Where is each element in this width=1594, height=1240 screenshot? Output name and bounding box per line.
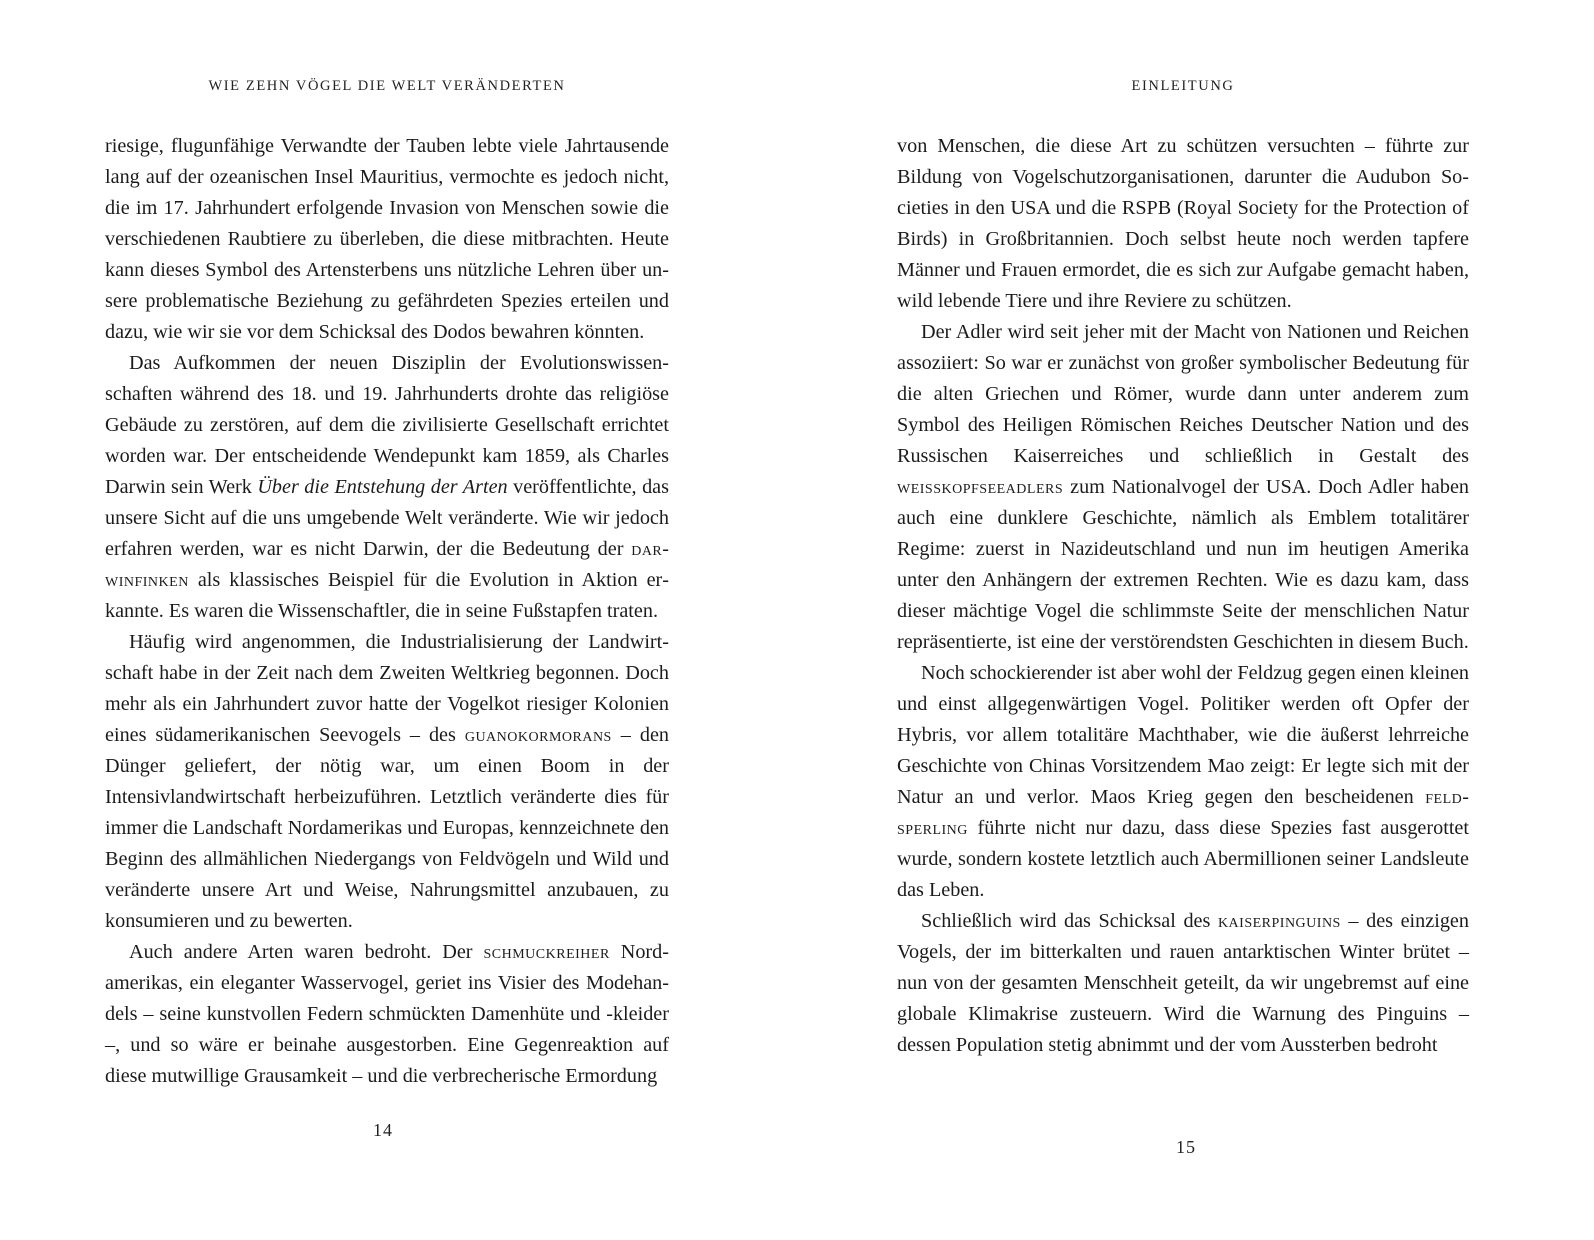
running-head-book-title: Wie zehn Vögel die Welt veränderten <box>105 78 669 95</box>
bird-name-smallcaps: Weisskopfseeadlers <box>897 476 1063 498</box>
paragraph: riesige, flugunfähige Verwandte der Taub… <box>105 131 669 348</box>
text-run: Noch schockierender ist aber wohl der Fe… <box>897 662 1469 808</box>
text-run: Auch andere Arten waren bedroht. Der <box>129 941 483 963</box>
text-run: Schließlich wird das Schicksal des <box>921 910 1218 932</box>
paragraph: Schließlich wird das Schicksal des Kaise… <box>897 906 1469 1061</box>
page-number: 15 <box>1156 1137 1216 1158</box>
right-page: Einleitung von Menschen, die diese Art z… <box>897 0 1469 1240</box>
text-run: führte nicht nur dazu, dass diese Spezie… <box>897 817 1469 901</box>
left-page-body: riesige, flugunfähige Verwandte der Taub… <box>105 131 669 1092</box>
bird-name-smallcaps: Schmuckreiher <box>483 941 609 963</box>
paragraph: Der Adler wird seit jeher mit der Macht … <box>897 317 1469 658</box>
text-run: riesige, flugunfähige Verwandte der Taub… <box>105 135 669 343</box>
bird-name-smallcaps: Kaiserpinguins <box>1218 910 1341 932</box>
text-run: von Menschen, die diese Art zu schützen … <box>897 135 1469 312</box>
paragraph: Häufig wird angenommen, die Industrialis… <box>105 627 669 937</box>
text-run: zum Nationalvogel der USA. Doch Adler ha… <box>897 476 1469 653</box>
text-run: – den Dünger geliefert, der nötig war, u… <box>105 724 669 932</box>
bird-name-smallcaps: Guanokormo­rans <box>465 724 612 746</box>
page-number: 14 <box>353 1120 413 1141</box>
left-page: Wie zehn Vögel die Welt veränderten ries… <box>105 0 669 1240</box>
book-title-italic: Über die Entstehung der Arten <box>257 476 507 498</box>
paragraph: von Menschen, die diese Art zu schützen … <box>897 131 1469 317</box>
paragraph: Auch andere Arten waren bedroht. Der Sch… <box>105 937 669 1092</box>
text-run: als klassisches Beispiel für die Evoluti… <box>105 569 669 622</box>
paragraph: Noch schockierender ist aber wohl der Fe… <box>897 658 1469 906</box>
paragraph: Das Aufkommen der neuen Disziplin der Ev… <box>105 348 669 627</box>
running-head-chapter-title: Einleitung <box>897 78 1469 95</box>
text-run: Der Adler wird seit jeher mit der Macht … <box>897 321 1469 467</box>
right-page-body: von Menschen, die diese Art zu schützen … <box>897 131 1469 1061</box>
